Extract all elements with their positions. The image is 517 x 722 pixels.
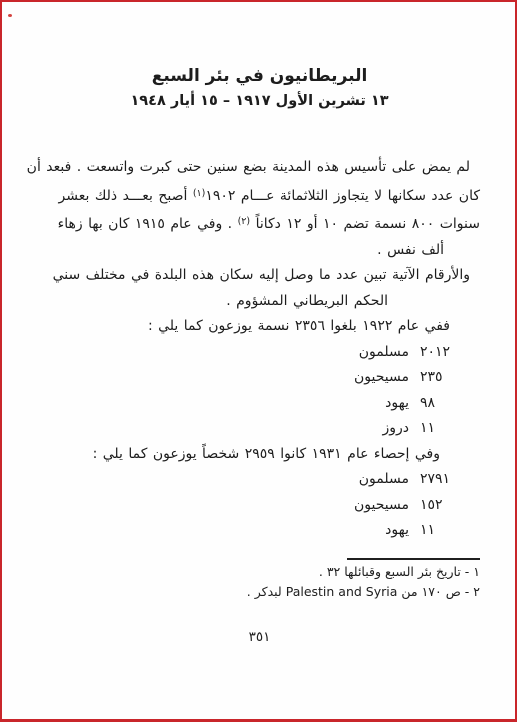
census-value: ٢٣٥ — [420, 365, 466, 391]
text-segment: لبدكر . — [247, 584, 286, 599]
census-1931-list: مسلمون ٢٧٩١ مسيحيون ١٥٢ يهود ١١ — [39, 467, 480, 544]
scan-artifact-dot — [8, 14, 12, 17]
footnote-2: ٢ - ص ١٧٠ من Palestin and Syria لبدكر . — [39, 583, 480, 601]
census-1922-intro: ففي عام ١٩٢٢ بلغوا ٢٣٥٦ نسمة يوزعون كما … — [39, 314, 480, 340]
census-value: ٢٠١٢ — [420, 340, 466, 366]
text-segment: سنوات ٨٠٠ نسمة تضم ١٠ أو ١٢ دكاناً — [250, 216, 480, 232]
census-row: مسلمون ٢٠١٢ — [39, 340, 480, 366]
census-row: مسيحيون ٢٣٥ — [39, 365, 480, 391]
paragraph-census-intro: والأرقام الآتية تبين عدد ما وصل إليه سكا… — [39, 263, 480, 314]
footnote-1: ١ - تاريخ بئر السبع وقبائلها ٣٢ . — [39, 563, 480, 581]
citation-latin-title: Palestin and Syria — [286, 584, 398, 599]
census-value: ٩٨ — [420, 391, 466, 417]
census-value: ١٥٢ — [420, 493, 466, 519]
census-1931-intro: وفي إحصاء عام ١٩٣١ كانوا ٢٩٥٩ شخصاً يوزع… — [39, 442, 480, 468]
book-chapter-title: البريطانيون في بئر السبع — [39, 64, 480, 88]
census-label: يهود — [385, 518, 409, 544]
census-label: مسلمون — [359, 467, 409, 493]
census-label: مسيحيون — [354, 493, 409, 519]
paragraph-line: والأرقام الآتية تبين عدد ما وصل إليه سكا… — [39, 263, 480, 289]
census-value: ٢٧٩١ — [420, 467, 466, 493]
census-row: يهود ٩٨ — [39, 391, 480, 417]
paragraph-line: سنوات ٨٠٠ نسمة تضم ١٠ أو ١٢ دكاناً (٢) .… — [39, 209, 480, 238]
paragraph-founding: لم يمض على تأسيس هذه المدينة بضع سنين حت… — [39, 155, 480, 263]
text-segment: . وفي عام ١٩١٥ كان بها زهاء — [58, 216, 238, 232]
census-label: مسلمون — [359, 340, 409, 366]
footnotes-section: ١ - تاريخ بئر السبع وقبائلها ٣٢ . ٢ - ص … — [39, 558, 480, 601]
census-value: ١١ — [420, 518, 466, 544]
paragraph-line: لم يمض على تأسيس هذه المدينة بضع سنين حت… — [39, 155, 480, 181]
text-segment: ٢ - ص ١٧٠ من — [397, 584, 480, 599]
census-row: مسيحيون ١٥٢ — [39, 493, 480, 519]
text-segment: كان عدد سكانها لا يتجاوز الثلاثمائة عـــ… — [205, 188, 480, 204]
paragraph-line: الحكم البريطاني المشؤوم . — [39, 289, 480, 315]
census-1922-list: مسلمون ٢٠١٢ مسيحيون ٢٣٥ يهود ٩٨ دروز ١١ — [39, 340, 480, 442]
census-label: يهود — [385, 391, 409, 417]
census-row: مسلمون ٢٧٩١ — [39, 467, 480, 493]
census-label: مسيحيون — [354, 365, 409, 391]
paragraph-line: كان عدد سكانها لا يتجاوز الثلاثمائة عـــ… — [39, 181, 480, 210]
census-row: يهود ١١ — [39, 518, 480, 544]
paragraph-line: ألف نفس . — [39, 238, 480, 264]
census-value: ١١ — [420, 416, 466, 442]
scanned-book-page: البريطانيون في بئر السبع ١٣ تشرين الأول … — [0, 0, 517, 722]
footnote-divider — [347, 558, 480, 560]
census-label: دروز — [382, 416, 409, 442]
footnote-ref-1: (١) — [193, 188, 206, 199]
page-number: ٣٥١ — [39, 629, 480, 645]
census-row: دروز ١١ — [39, 416, 480, 442]
date-range: ١٣ تشرين الأول ١٩١٧ – ١٥ أيار ١٩٤٨ — [39, 90, 480, 112]
text-segment: أصبح بعـــد ذلك بعشر — [59, 188, 193, 204]
footnote-ref-2: (٢) — [238, 216, 251, 227]
page-content: البريطانيون في بئر السبع ١٣ تشرين الأول … — [39, 64, 480, 645]
